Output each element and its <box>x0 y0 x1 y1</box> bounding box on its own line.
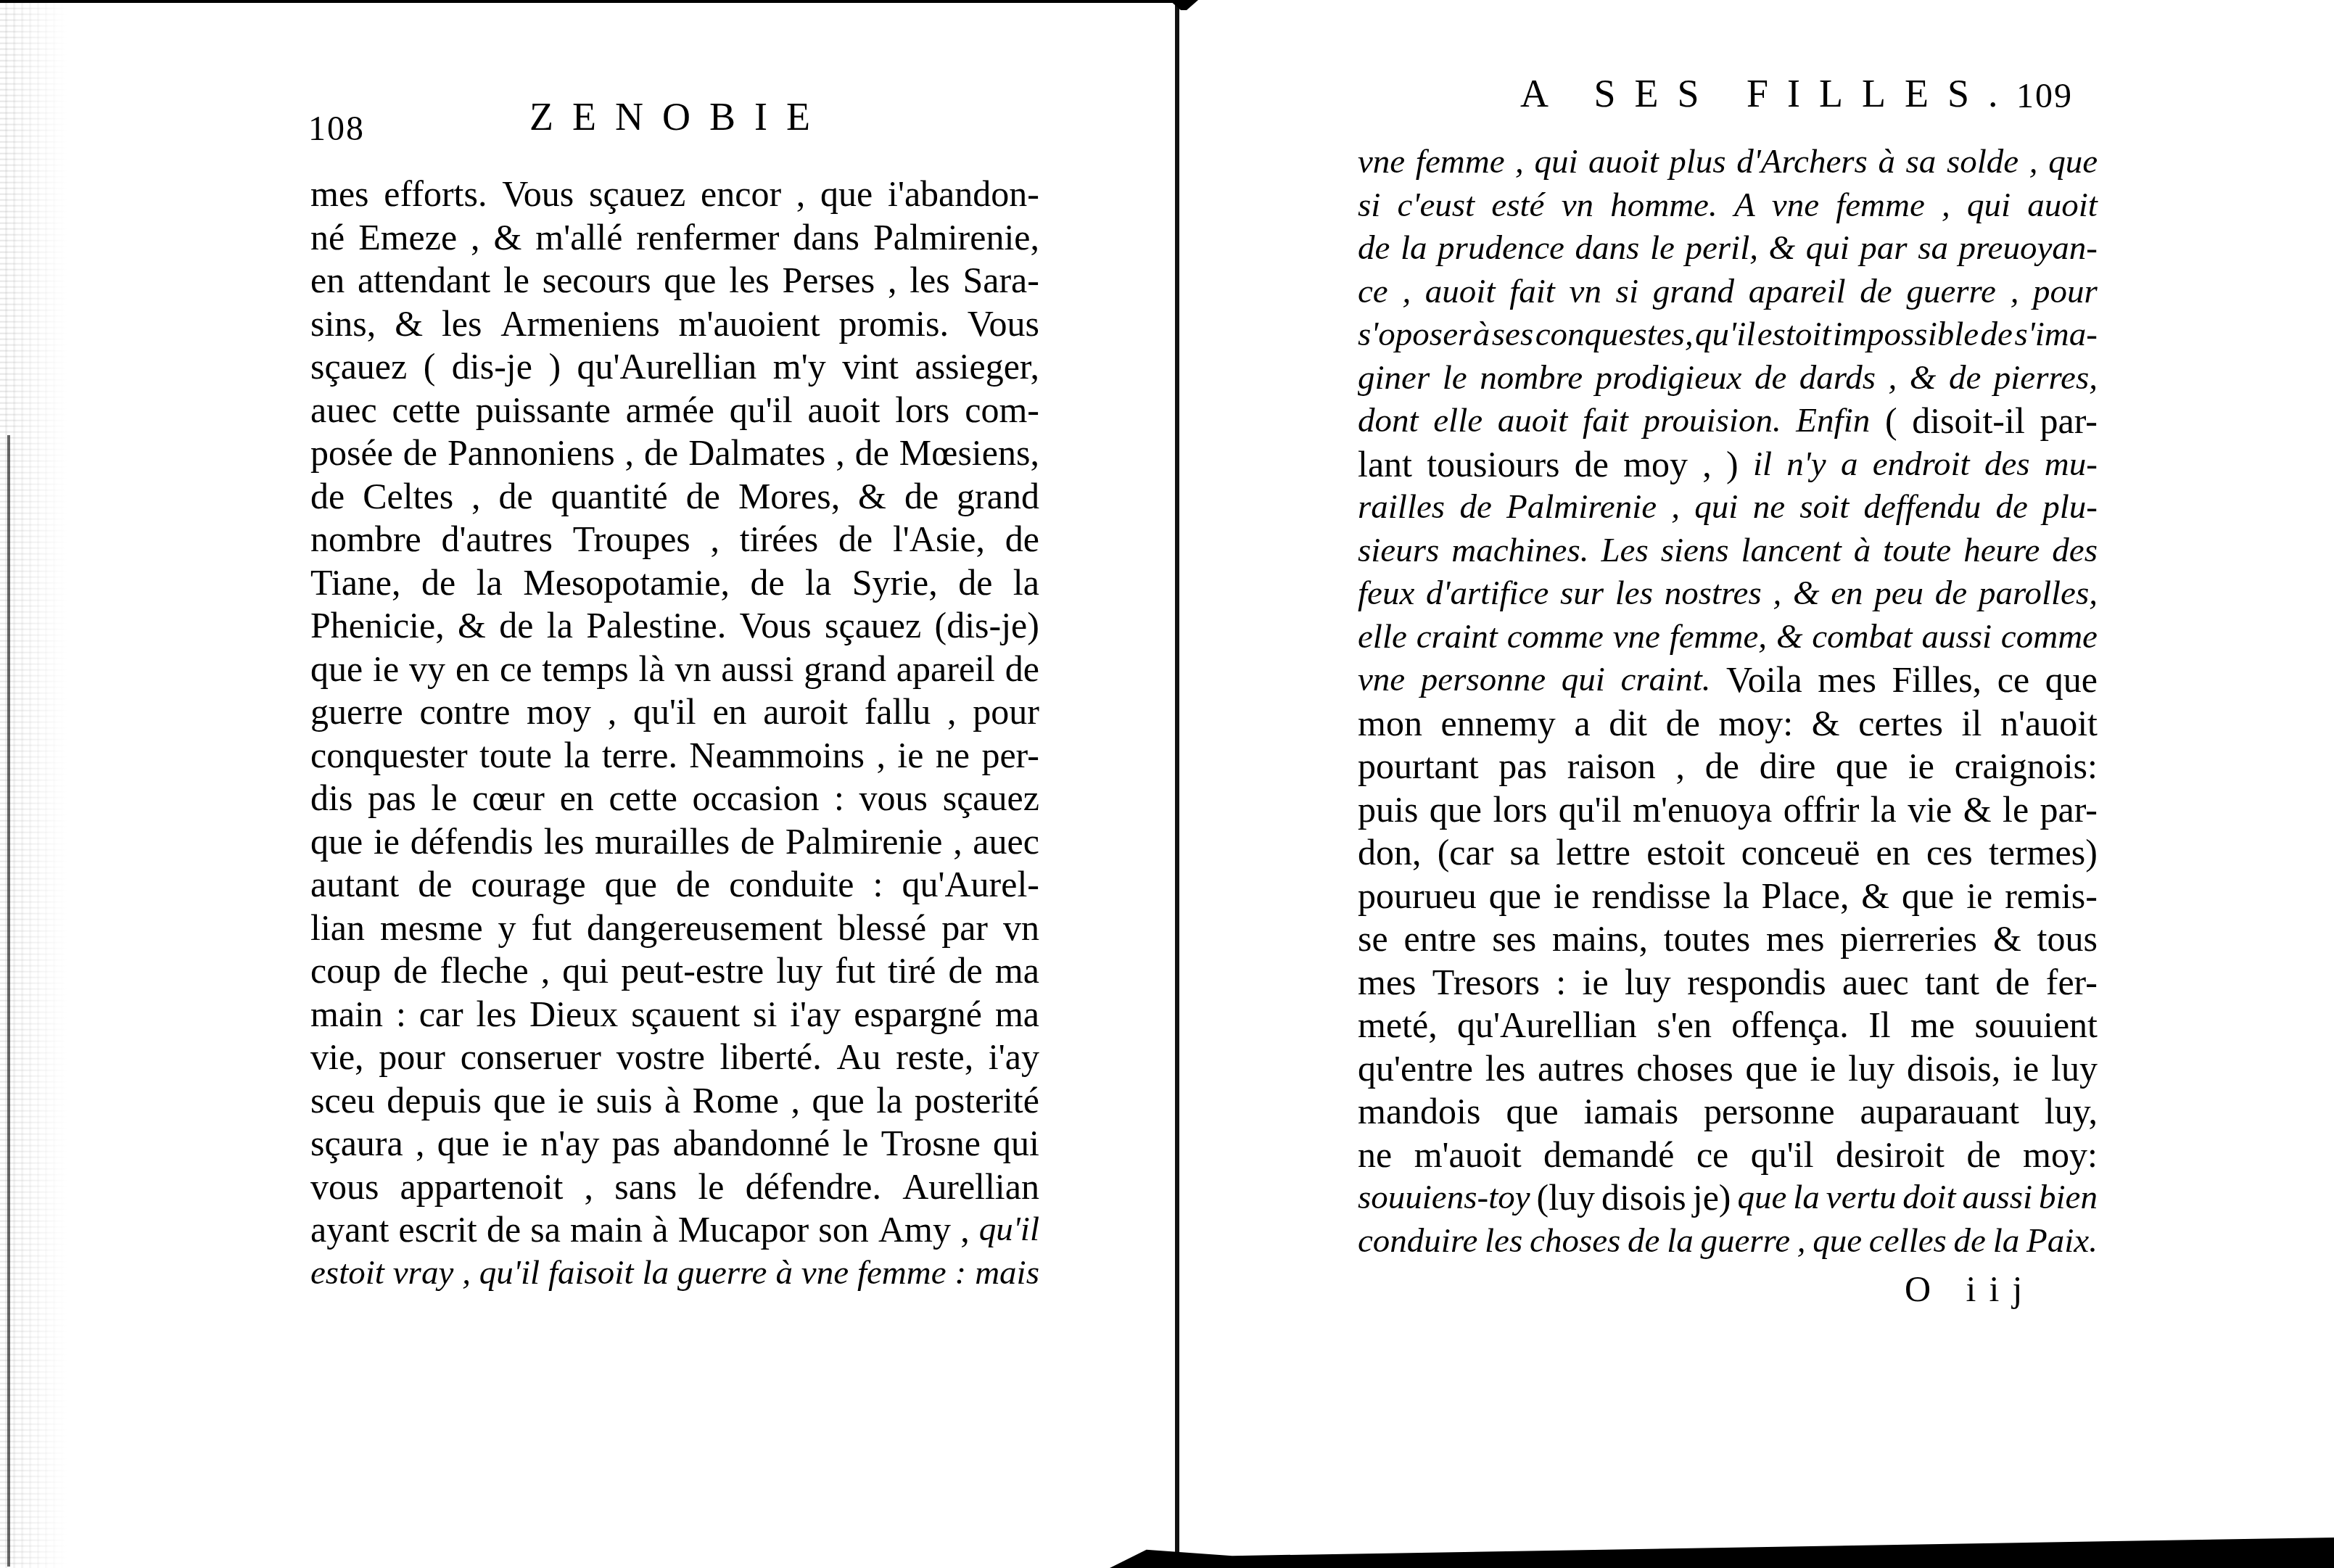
word: attendant <box>358 259 490 302</box>
word: temps <box>542 648 628 691</box>
text-line: souuiens-toy(luydisoisje)quelavertudoita… <box>1358 1176 2098 1220</box>
text-line: nem'auoitdemandécequ'ildesiroitdemoy: <box>1358 1134 2098 1177</box>
word: fait <box>1583 400 1628 443</box>
text-line: conquestertoutelaterre.Neammoins,ieneper… <box>310 734 1039 777</box>
word: vne <box>1613 616 1660 659</box>
word: , <box>608 690 617 734</box>
word: qu'Aurel- <box>902 863 1039 907</box>
word: ce <box>500 648 532 691</box>
word: car <box>419 993 463 1036</box>
word: cette <box>392 389 460 432</box>
word: de <box>403 432 437 475</box>
word: , <box>1702 443 1712 487</box>
word: , <box>471 216 480 260</box>
word: qu'il <box>1751 1134 1814 1177</box>
word: que <box>2045 659 2098 702</box>
book-gutter <box>1175 0 1179 1568</box>
word: qui <box>1562 659 1605 702</box>
word: Amy <box>878 1208 951 1252</box>
text-line: deCeltes,dequantitédeMores,&degrand <box>310 475 1039 519</box>
word: Mores, <box>738 475 840 519</box>
word: machines. <box>1451 529 1588 573</box>
word: auoit <box>1588 141 1659 184</box>
word: que <box>437 1122 490 1165</box>
word: fut <box>532 907 572 950</box>
word: homme. <box>1610 184 1717 228</box>
text-line: aueccettepuissantearméequ'ilauoitlorscom… <box>310 389 1039 432</box>
word: l'Asie, <box>893 518 985 561</box>
word: prodigieux <box>1596 357 1742 400</box>
word: nombre <box>310 518 421 561</box>
word: la <box>876 1079 902 1123</box>
text-line: mesTresors:ieluyrespondisauectantdefer- <box>1358 961 2098 1004</box>
word: Palmirenie <box>1506 486 1657 529</box>
word: vne <box>801 1252 849 1295</box>
word: que <box>812 1079 865 1123</box>
word: ces <box>1926 831 1973 875</box>
text-line: puisquelorsqu'ilm'enuoyaoffrirlavie&lepa… <box>1358 788 2098 832</box>
word: qui <box>1694 486 1738 529</box>
word: Dalmates <box>688 432 825 475</box>
word: le <box>1443 357 1467 400</box>
word: ses <box>1492 313 1533 357</box>
word: Enfin <box>1796 400 1870 443</box>
word: de <box>418 863 452 907</box>
word: que <box>820 173 873 216</box>
word: de <box>750 561 784 605</box>
word: que <box>1745 1047 1797 1091</box>
word: la <box>1667 1220 1694 1263</box>
word: , <box>796 173 806 216</box>
word: s'ima- <box>2014 313 2098 357</box>
word: pouruеu <box>1358 875 1477 918</box>
word: elle <box>1358 616 1407 659</box>
word: les <box>910 259 950 302</box>
word: plu- <box>2042 486 2098 529</box>
word: de <box>1935 572 1967 616</box>
word: disois, <box>1907 1047 2000 1091</box>
word: des <box>2052 529 2098 573</box>
word: qu'il <box>1695 313 1755 357</box>
word: de <box>487 1208 521 1252</box>
text-line: ce,auoitfaitvnsigrandapareildeguerre,pou… <box>1358 271 2098 314</box>
word: ie <box>1966 875 1992 918</box>
word: en <box>310 259 345 302</box>
word: Paix. <box>2026 1220 2098 1263</box>
word: guerre <box>1906 271 1996 314</box>
word: à <box>664 1079 680 1123</box>
word: auoit <box>807 389 880 432</box>
word: Mesopotamie, <box>523 561 730 605</box>
word: peril, <box>1685 227 1758 271</box>
word: ayant <box>310 1208 389 1252</box>
word: souuient <box>1975 1004 2098 1047</box>
word: com- <box>965 389 1039 432</box>
word: ma <box>995 949 1039 993</box>
left-page-body: mesefforts.Voussçauezencor,quei'abandon-… <box>310 173 1039 1295</box>
word: pour <box>973 690 1039 734</box>
word: défendis <box>411 820 533 864</box>
word: grand <box>1653 271 1734 314</box>
word: i'ay <box>989 1036 1039 1079</box>
word: qu'Aurellian <box>1457 1004 1637 1047</box>
word: & <box>1776 616 1803 659</box>
text-line: conduireleschosesdelaguerre,quecellesdel… <box>1358 1220 2098 1263</box>
gutter-shadow <box>1169 0 1198 10</box>
word: de <box>1966 1134 2000 1177</box>
word: de <box>1005 648 1039 691</box>
word: m'auoient <box>679 302 820 346</box>
word: a <box>1574 702 1590 746</box>
word: le <box>431 777 457 820</box>
word: , <box>876 734 886 777</box>
word: puis <box>1358 788 1418 832</box>
word: s'en <box>1657 1004 1712 1047</box>
word: c'eust <box>1398 184 1475 228</box>
word: femme <box>857 1252 947 1295</box>
word: moy: <box>2023 1134 2098 1177</box>
word: que <box>310 648 363 691</box>
word: Celtes <box>363 475 453 519</box>
word: mes <box>1818 659 1876 702</box>
word: par <box>941 907 988 950</box>
word: qui <box>1806 227 1850 271</box>
word: suis <box>596 1079 653 1123</box>
word: me <box>1910 1004 1955 1047</box>
word: que <box>1506 1090 1558 1134</box>
word: giner <box>1358 357 1430 400</box>
word: aussi <box>721 648 793 691</box>
word: de <box>644 432 678 475</box>
word: : <box>1556 961 1566 1004</box>
word: de <box>1995 961 2029 1004</box>
word: vie, <box>310 1036 364 1079</box>
text-line: dontelleauoitfaitprouision.Enfin(disoit-… <box>1358 400 2098 443</box>
word: i'ay <box>790 993 841 1036</box>
word: moy <box>1623 443 1688 487</box>
word: dis <box>310 777 352 820</box>
word: à <box>1878 141 1895 184</box>
word: remis- <box>2005 875 2098 918</box>
word: estoit <box>1646 831 1725 875</box>
word: tiré <box>888 949 936 993</box>
word: de <box>686 475 720 519</box>
text-line: sins,&lesArmeniensm'auoientpromis.Vous <box>310 302 1039 346</box>
word: , <box>836 432 845 475</box>
word: ne <box>1753 486 1785 529</box>
word: , <box>1402 271 1411 314</box>
word: la <box>1793 1176 1820 1220</box>
word: vn <box>1570 271 1601 314</box>
word: le <box>1650 227 1675 271</box>
word: des <box>1984 443 2030 487</box>
text-line: don,(carsalettreestoitconceuëencestermes… <box>1358 831 2098 875</box>
word: ) <box>1726 443 1739 487</box>
word: vne <box>1772 184 1819 228</box>
word: & <box>1861 875 1889 918</box>
text-line: monennemyaditdemoy:&certesiln'auoit <box>1358 702 2098 746</box>
word: ( <box>424 345 436 389</box>
text-line: main:carlesDieuxsçauentsii'ayespargnéma <box>310 993 1039 1036</box>
word: & <box>1812 702 1840 746</box>
text-line: lanttousioursdemoy,)iln'yaendroitdesmu- <box>1358 443 2098 487</box>
word: que <box>1902 875 1954 918</box>
word: de <box>499 604 533 648</box>
text-line: autantdecouragequedeconduite:qu'Aurel- <box>310 863 1039 907</box>
word: auec <box>1842 961 1909 1004</box>
word: main <box>570 1208 643 1252</box>
word: que <box>1430 788 1482 832</box>
word: prudence <box>1438 227 1564 271</box>
word: Place, <box>1762 875 1850 918</box>
word: personne <box>1421 659 1546 702</box>
word: femme <box>1836 184 1925 228</box>
word: que <box>605 863 657 907</box>
text-line: mandoisqueiamaispersonneauparauantluy, <box>1358 1090 2098 1134</box>
word: tirées <box>740 518 818 561</box>
word: Aurellian <box>902 1165 1039 1209</box>
word: vray <box>393 1252 454 1295</box>
running-head-left: ZENOBIE <box>529 94 829 139</box>
word: Palestine. <box>586 604 726 648</box>
word: mesme <box>380 907 483 950</box>
text-line: ayantescritdesamainàMucaporsonAmy,qu'il <box>310 1208 1039 1252</box>
word: de <box>949 949 983 993</box>
text-line: enattendantlesecoursquelesPerses,lesSara… <box>310 259 1039 302</box>
word: dards <box>1799 357 1876 400</box>
word: les <box>1615 572 1653 616</box>
word: A <box>1734 184 1755 228</box>
word: les <box>544 820 585 864</box>
text-line: Tiane,delaMesopotamie,delaSyrie,dela <box>310 561 1039 605</box>
word: guerre <box>310 690 403 734</box>
word: tous <box>2037 917 2098 961</box>
word: cette <box>609 777 677 820</box>
word: de <box>855 432 889 475</box>
word: , <box>1676 745 1686 788</box>
word: ne <box>1358 1134 1392 1177</box>
word: , <box>541 949 550 993</box>
word: de <box>676 863 710 907</box>
word: toute <box>1883 529 1951 573</box>
word: liberté. <box>720 1036 822 1079</box>
word: de <box>1860 271 1892 314</box>
word: don, <box>1358 831 1422 875</box>
word: de <box>1358 227 1390 271</box>
word: plus <box>1669 141 1725 184</box>
word: de <box>499 475 533 519</box>
word: siens <box>1661 529 1729 573</box>
word: lors <box>1493 788 1547 832</box>
word: & <box>1793 572 1820 616</box>
word: puissante <box>476 389 611 432</box>
word: qu'il <box>730 389 793 432</box>
word: mes <box>1766 917 1825 961</box>
word: en <box>560 777 594 820</box>
word: grand <box>957 475 1039 519</box>
word: dis-je <box>452 345 532 389</box>
word: Perses <box>782 259 875 302</box>
word: Troupes <box>573 518 690 561</box>
word: sins, <box>310 302 376 346</box>
word: mes <box>1358 961 1417 1004</box>
word: sçauez <box>589 173 685 216</box>
text-line: lianmesmeyfutdangereusementblesséparvn <box>310 907 1039 950</box>
word: défendre. <box>746 1165 881 1209</box>
word: Palmirenie <box>785 820 943 864</box>
word: offrir <box>1784 788 1860 832</box>
word: sa <box>1906 141 1937 184</box>
word: , <box>1773 572 1781 616</box>
word: souuiens-toy <box>1358 1176 1530 1220</box>
word: d'artifice <box>1426 572 1549 616</box>
word: quantité <box>551 475 668 519</box>
word: preuoyan- <box>1959 227 2098 271</box>
word: dont <box>1358 400 1419 443</box>
word: auoit <box>2027 184 2098 228</box>
word: certes <box>1858 702 1943 746</box>
word: apareil <box>1749 271 1846 314</box>
word: sçauez <box>943 777 1039 820</box>
text-line: estoitvray,qu'ilfaisoitlaguerreàvnefemme… <box>310 1252 1039 1295</box>
word: qu'il <box>1559 788 1622 832</box>
text-line: feuxd'artificesurlesnostres,&enpeudeparo… <box>1358 572 2098 616</box>
word: peut-estre <box>621 949 764 993</box>
word: fait <box>1509 271 1555 314</box>
word: craint <box>1417 616 1498 659</box>
word: vne <box>1358 659 1405 702</box>
word: , <box>625 432 635 475</box>
word: de <box>1754 357 1786 400</box>
text-line: raillesdePalmirenie,quinesoitdeffendudep… <box>1358 486 2098 529</box>
text-line: Phenicie,&delaPalestine.Voussçauez(dis-j… <box>310 604 1039 648</box>
word: ennemy <box>1441 702 1556 746</box>
word: à <box>1473 313 1490 357</box>
word: lors <box>895 389 949 432</box>
word: m'allé <box>535 216 622 260</box>
running-head-right: A SES FILLES. <box>1520 71 2017 116</box>
word: vous <box>310 1165 379 1209</box>
text-line: vnefemme,quiauoitplusd'Archersàsasolde,q… <box>1358 141 2098 184</box>
word: le <box>2003 788 2029 832</box>
word: ce <box>1358 271 1388 314</box>
word: autres <box>1538 1047 1624 1091</box>
word: ie <box>373 648 399 691</box>
word: Mœsiens, <box>899 432 1039 475</box>
word: Vous <box>968 302 1039 346</box>
word: , <box>1797 1220 1806 1263</box>
book-bottom-edge <box>1110 1538 2334 1568</box>
word: Pannoniens <box>448 432 615 475</box>
word: sçaura <box>310 1122 403 1165</box>
word: , <box>960 1208 970 1252</box>
text-line: nombred'autresTroupes,tiréesdel'Asie,de <box>310 518 1039 561</box>
word: les <box>1485 1047 1526 1091</box>
text-line: queievyencetempslàvnaussigrandapareilde <box>310 648 1039 691</box>
word: la <box>1723 875 1749 918</box>
word: lancent <box>1741 529 1842 573</box>
text-line: qu'entrelesautreschosesqueieluydisois,ie… <box>1358 1047 2098 1091</box>
word: (car <box>1438 831 1494 875</box>
word: se <box>1358 917 1388 961</box>
scan-top-border <box>0 0 1189 3</box>
word: contre <box>419 690 510 734</box>
word: , <box>1942 184 1950 228</box>
word: Trosne <box>881 1122 981 1165</box>
word: la <box>547 604 573 648</box>
word: & <box>858 475 886 519</box>
word: (dis-je) <box>935 604 1039 648</box>
word: de <box>1459 486 1491 529</box>
word: né <box>310 216 345 260</box>
word: : <box>396 993 406 1036</box>
word: toute <box>479 734 552 777</box>
word: promis. <box>839 302 949 346</box>
word: , <box>1889 357 1897 400</box>
word: sceu <box>310 1079 375 1123</box>
word: ie <box>1810 1047 1836 1091</box>
word: termes) <box>1989 831 2098 875</box>
word: respondis <box>1687 961 1826 1004</box>
word: si <box>1616 271 1638 314</box>
text-line: dispaslecœurencetteoccasion:voussçauez <box>310 777 1039 820</box>
word: de <box>1666 702 1700 746</box>
word: ie <box>558 1079 584 1123</box>
word: sur <box>1560 572 1604 616</box>
word: secours <box>543 259 651 302</box>
word: faisoit <box>548 1252 634 1295</box>
word: nostres <box>1665 572 1762 616</box>
word: bien <box>2039 1176 2098 1220</box>
word: en <box>712 690 746 734</box>
word: blessé <box>838 907 926 950</box>
text-line: queiedéfendislesmuraillesdePalmirenie,au… <box>310 820 1039 864</box>
word: pas <box>1498 745 1547 788</box>
word: vn <box>675 648 711 691</box>
word: conduite <box>729 863 854 907</box>
word: & <box>1993 917 2021 961</box>
word: endroit <box>1873 443 1970 487</box>
word: Phenicie, <box>310 604 445 648</box>
word: mains, <box>1552 917 1648 961</box>
word: ma <box>995 993 1039 1036</box>
word: auparauant <box>1860 1090 2019 1134</box>
word: disoit-il <box>1912 400 2025 443</box>
word: choses <box>1636 1047 1733 1091</box>
word: de <box>1949 357 1981 400</box>
word: i'abandon- <box>888 173 1039 216</box>
word: aussi <box>1921 616 1992 659</box>
word: luy <box>2051 1047 2098 1091</box>
word: moy: <box>1718 702 1793 746</box>
word: appartenoit <box>400 1165 564 1209</box>
word: conduire <box>1358 1220 1477 1263</box>
word: impossible <box>1833 313 1979 357</box>
word: à <box>1854 529 1871 573</box>
word: vint <box>842 345 899 389</box>
word: les <box>1485 1220 1522 1263</box>
word: dans <box>793 216 859 260</box>
word: craint. <box>1620 659 1710 702</box>
word: conseruer <box>461 1036 601 1079</box>
word: grand <box>804 648 886 691</box>
word: sans <box>614 1165 677 1209</box>
word: Au <box>836 1036 881 1079</box>
word: iamais <box>1584 1090 1679 1134</box>
word: le <box>698 1165 724 1209</box>
word: coup <box>310 949 381 993</box>
word: personne <box>1704 1090 1835 1134</box>
